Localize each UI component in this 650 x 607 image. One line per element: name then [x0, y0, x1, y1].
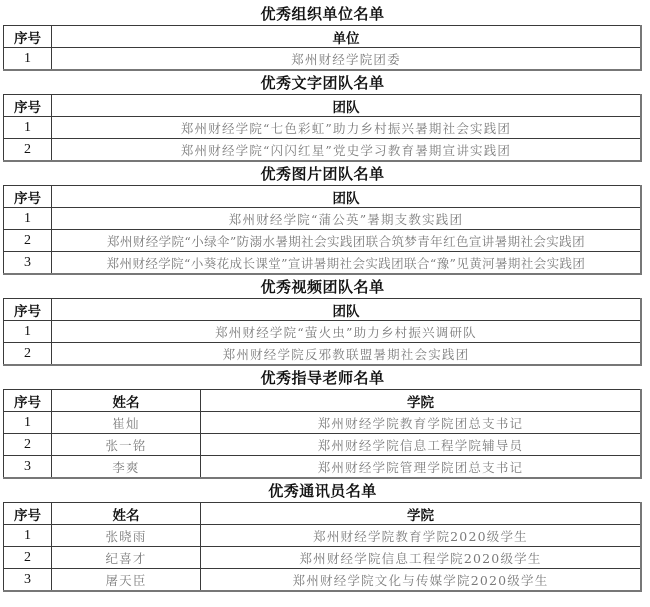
- cell-team: 郑州财经学院“蒲公英”暑期支教实践团: [52, 208, 642, 230]
- correspondents-table: 序号 姓名 学院 1 张晓雨 郑州财经学院教育学院2020级学生 2 纪喜才 郑…: [3, 502, 642, 592]
- cell-name: 屠天臣: [52, 569, 201, 592]
- table-row: 3 屠天臣 郑州财经学院文化与传媒学院2020级学生: [4, 569, 642, 592]
- header-seq: 序号: [4, 26, 52, 48]
- organization-units-table: 序号 单位 1 郑州财经学院团委: [3, 25, 642, 71]
- cell-college: 郑州财经学院教育学院2020级学生: [201, 525, 642, 547]
- header-team: 团队: [52, 186, 642, 208]
- section-title: 优秀组织单位名单: [3, 3, 642, 25]
- cell-college: 郑州财经学院教育学院团总支书记: [201, 412, 642, 434]
- cell-seq: 1: [4, 321, 52, 343]
- cell-name: 李爽: [52, 456, 201, 479]
- cell-seq: 2: [4, 230, 52, 252]
- section-title: 优秀视频团队名单: [3, 276, 642, 298]
- cell-team: 郑州财经学院“萤火虫”助力乡村振兴调研队: [52, 321, 642, 343]
- photo-teams-table: 序号 团队 1 郑州财经学院“蒲公英”暑期支教实践团 2 郑州财经学院“小绿伞”…: [3, 185, 642, 275]
- header-college: 学院: [201, 390, 642, 412]
- header-team: 团队: [52, 95, 642, 117]
- cell-college: 郑州财经学院信息工程学院2020级学生: [201, 547, 642, 569]
- table-row: 1 郑州财经学院团委: [4, 48, 642, 71]
- cell-seq: 2: [4, 434, 52, 456]
- cell-team: 郑州财经学院“小葵花成长课堂”宣讲暑期社会实践团联合“豫”见黄河暑期社会实践团: [52, 252, 642, 275]
- section-title: 优秀文字团队名单: [3, 72, 642, 94]
- cell-college: 郑州财经学院文化与传媒学院2020级学生: [201, 569, 642, 592]
- cell-seq: 2: [4, 343, 52, 366]
- header-college: 学院: [201, 503, 642, 525]
- cell-seq: 1: [4, 208, 52, 230]
- section-photo-teams: 优秀图片团队名单 序号 团队 1 郑州财经学院“蒲公英”暑期支教实践团 2 郑州…: [3, 163, 642, 275]
- header-name: 姓名: [52, 503, 201, 525]
- table-header-row: 序号 团队: [4, 186, 642, 208]
- section-instructors: 优秀指导老师名单 序号 姓名 学院 1 崔灿 郑州财经学院教育学院团总支书记 2…: [3, 367, 642, 479]
- section-correspondents: 优秀通讯员名单 序号 姓名 学院 1 张晓雨 郑州财经学院教育学院2020级学生…: [3, 480, 642, 592]
- cell-seq: 3: [4, 252, 52, 275]
- table-header-row: 序号 姓名 学院: [4, 390, 642, 412]
- table-row: 1 张晓雨 郑州财经学院教育学院2020级学生: [4, 525, 642, 547]
- section-title: 优秀图片团队名单: [3, 163, 642, 185]
- cell-name: 张晓雨: [52, 525, 201, 547]
- table-header-row: 序号 单位: [4, 26, 642, 48]
- header-seq: 序号: [4, 95, 52, 117]
- header-seq: 序号: [4, 503, 52, 525]
- table-row: 1 郑州财经学院“萤火虫”助力乡村振兴调研队: [4, 321, 642, 343]
- table-header-row: 序号 团队: [4, 299, 642, 321]
- video-teams-table: 序号 团队 1 郑州财经学院“萤火虫”助力乡村振兴调研队 2 郑州财经学院反邪教…: [3, 298, 642, 366]
- table-row: 2 郑州财经学院“小绿伞”防溺水暑期社会实践团联合筑梦青年红色宣讲暑期社会实践团: [4, 230, 642, 252]
- header-unit: 单位: [52, 26, 642, 48]
- cell-name: 崔灿: [52, 412, 201, 434]
- cell-name: 张一铭: [52, 434, 201, 456]
- header-team: 团队: [52, 299, 642, 321]
- cell-seq: 1: [4, 412, 52, 434]
- cell-seq: 2: [4, 547, 52, 569]
- cell-team: 郑州财经学院“小绿伞”防溺水暑期社会实践团联合筑梦青年红色宣讲暑期社会实践团: [52, 230, 642, 252]
- table-row: 1 郑州财经学院“七色彩虹”助力乡村振兴暑期社会实践团: [4, 117, 642, 139]
- instructors-table: 序号 姓名 学院 1 崔灿 郑州财经学院教育学院团总支书记 2 张一铭 郑州财经…: [3, 389, 642, 479]
- table-row: 3 郑州财经学院“小葵花成长课堂”宣讲暑期社会实践团联合“豫”见黄河暑期社会实践…: [4, 252, 642, 275]
- table-row: 2 郑州财经学院“闪闪红星”党史学习教育暑期宣讲实践团: [4, 139, 642, 162]
- cell-college: 郑州财经学院管理学院团总支书记: [201, 456, 642, 479]
- cell-team: 郑州财经学院反邪教联盟暑期社会实践团: [52, 343, 642, 366]
- cell-seq: 1: [4, 525, 52, 547]
- table-row: 2 纪喜才 郑州财经学院信息工程学院2020级学生: [4, 547, 642, 569]
- header-seq: 序号: [4, 299, 52, 321]
- cell-seq: 3: [4, 569, 52, 592]
- section-text-teams: 优秀文字团队名单 序号 团队 1 郑州财经学院“七色彩虹”助力乡村振兴暑期社会实…: [3, 72, 642, 162]
- section-video-teams: 优秀视频团队名单 序号 团队 1 郑州财经学院“萤火虫”助力乡村振兴调研队 2 …: [3, 276, 642, 366]
- table-header-row: 序号 团队: [4, 95, 642, 117]
- cell-seq: 2: [4, 139, 52, 162]
- cell-team: 郑州财经学院“七色彩虹”助力乡村振兴暑期社会实践团: [52, 117, 642, 139]
- header-name: 姓名: [52, 390, 201, 412]
- text-teams-table: 序号 团队 1 郑州财经学院“七色彩虹”助力乡村振兴暑期社会实践团 2 郑州财经…: [3, 94, 642, 162]
- cell-college: 郑州财经学院信息工程学院辅导员: [201, 434, 642, 456]
- section-organization-units: 优秀组织单位名单 序号 单位 1 郑州财经学院团委: [3, 3, 642, 71]
- cell-seq: 3: [4, 456, 52, 479]
- table-header-row: 序号 姓名 学院: [4, 503, 642, 525]
- table-row: 2 郑州财经学院反邪教联盟暑期社会实践团: [4, 343, 642, 366]
- cell-team: 郑州财经学院“闪闪红星”党史学习教育暑期宣讲实践团: [52, 139, 642, 162]
- section-title: 优秀指导老师名单: [3, 367, 642, 389]
- header-seq: 序号: [4, 186, 52, 208]
- table-row: 3 李爽 郑州财经学院管理学院团总支书记: [4, 456, 642, 479]
- cell-unit: 郑州财经学院团委: [52, 48, 642, 71]
- cell-seq: 1: [4, 48, 52, 71]
- table-row: 1 郑州财经学院“蒲公英”暑期支教实践团: [4, 208, 642, 230]
- cell-seq: 1: [4, 117, 52, 139]
- table-row: 2 张一铭 郑州财经学院信息工程学院辅导员: [4, 434, 642, 456]
- section-title: 优秀通讯员名单: [3, 480, 642, 502]
- table-row: 1 崔灿 郑州财经学院教育学院团总支书记: [4, 412, 642, 434]
- header-seq: 序号: [4, 390, 52, 412]
- cell-name: 纪喜才: [52, 547, 201, 569]
